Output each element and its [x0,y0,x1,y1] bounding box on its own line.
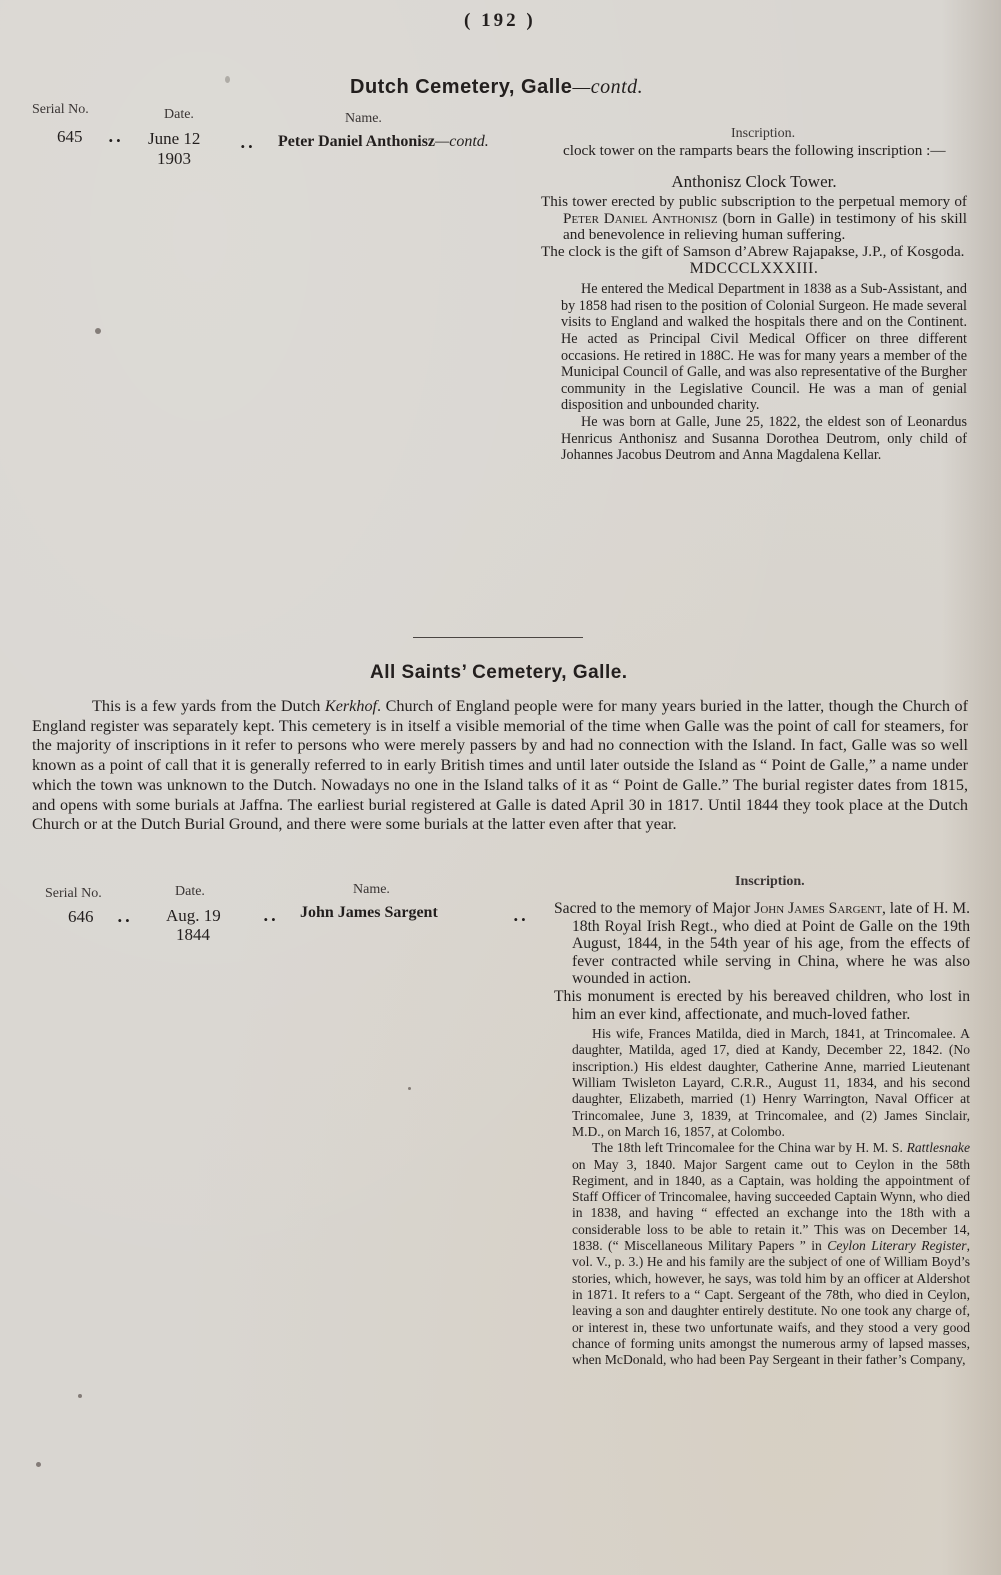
paper-speck [36,1462,41,1467]
entry-name-text: Peter Daniel Anthonisz [278,133,435,150]
entry-date-year: 1844 [176,925,210,945]
separator-dots: .. [117,907,132,926]
entry-name: John James Sargent [300,904,438,922]
tower-text-1: This tower erected by public subscriptio… [541,194,967,244]
note-2-journal-name: Ceylon Literary Register [827,1238,966,1253]
tower-title: Anthonisz Clock Tower. [541,174,967,191]
tower-year: MDCCCLXXXIII. [541,261,967,278]
paper-speck [225,76,230,83]
paper-speck [78,1394,82,1398]
column-header-date: Date. [164,107,194,123]
entry-serial: 646 [68,907,94,927]
note-2-text-a: The 18th left Trincomalee for the China … [592,1140,907,1155]
note-2-text-c: , vol. V., p. 3.) He and his family are … [572,1238,970,1367]
section-title-text: Dutch Cemetery, Galle [350,76,572,98]
column-header-name: Name. [353,882,390,898]
inscription-block-645: clock tower on the ramparts bears the fo… [541,143,967,464]
separator-dots: .. [108,127,123,146]
paper-speck [408,1087,411,1090]
inscription-text-1: Sacred to the memory of Major John James… [554,900,970,988]
separator-dots: .. [263,906,278,925]
column-header-date: Date. [175,884,205,900]
column-header-inscription: Inscription. [735,874,805,890]
entry-date-day: Aug. 19 [166,906,221,926]
tower-text-2: The clock is the gift of Samson d’Abrew … [541,244,967,261]
section-title-dutch-cemetery: Dutch Cemetery, Galle—contd. [350,76,643,99]
page-number: ( 192 ) [464,10,536,32]
entry-serial: 645 [57,127,83,147]
column-header-serial: Serial No. [45,886,102,902]
column-header-name: Name. [345,111,382,127]
entry-name: Peter Daniel Anthonisz—contd. [278,133,489,151]
inscription-lead: clock tower on the ramparts bears the fo… [541,143,967,160]
all-saints-intro-paragraph: This is a few yards from the Dutch Kerkh… [32,697,968,835]
paper-speck [95,328,101,334]
section-divider [413,637,583,638]
intro-text-a: This is a few yards from the Dutch [92,697,325,715]
book-page: ( 192 ) Dutch Cemetery, Galle—contd. Ser… [0,0,1001,1575]
section-title-all-saints: All Saints’ Cemetery, Galle. [370,662,628,684]
inscription-text-1-name: John James Sargent [754,900,882,917]
note-paragraph-2: The 18th left Trincomalee for the China … [572,1140,970,1368]
entry-date-day: June 12 [148,129,200,149]
section-title-suffix: —contd. [572,76,643,98]
tower-text-1a: This tower erected by public subscriptio… [541,193,967,210]
biography-paragraph-1: He entered the Medical Department in 183… [541,281,967,414]
inscription-text-1a: Sacred to the memory of Major [554,900,754,917]
entry-date-year: 1903 [157,149,191,169]
inscription-text-2: This monument is erected by his bereaved… [554,988,970,1023]
tower-text-1-name: Peter Daniel Anthonisz [563,210,718,227]
note-2-ship-name: Rattlesnake [907,1140,970,1155]
intro-text-b: . Church of England people were for many… [32,697,968,833]
note-paragraph-1: His wife, Frances Matilda, died in March… [572,1026,970,1140]
entry-name-suffix: —contd. [435,133,489,150]
separator-dots: .. [513,906,528,925]
inscription-block-646: Sacred to the memory of Major John James… [554,900,970,1368]
intro-italic-kerkhof: Kerkhof [325,697,377,715]
column-header-inscription: Inscription. [731,126,795,142]
biography-paragraph-2: He was born at Galle, June 25, 1822, the… [541,414,967,464]
separator-dots: .. [240,133,255,152]
column-header-serial: Serial No. [32,102,89,118]
